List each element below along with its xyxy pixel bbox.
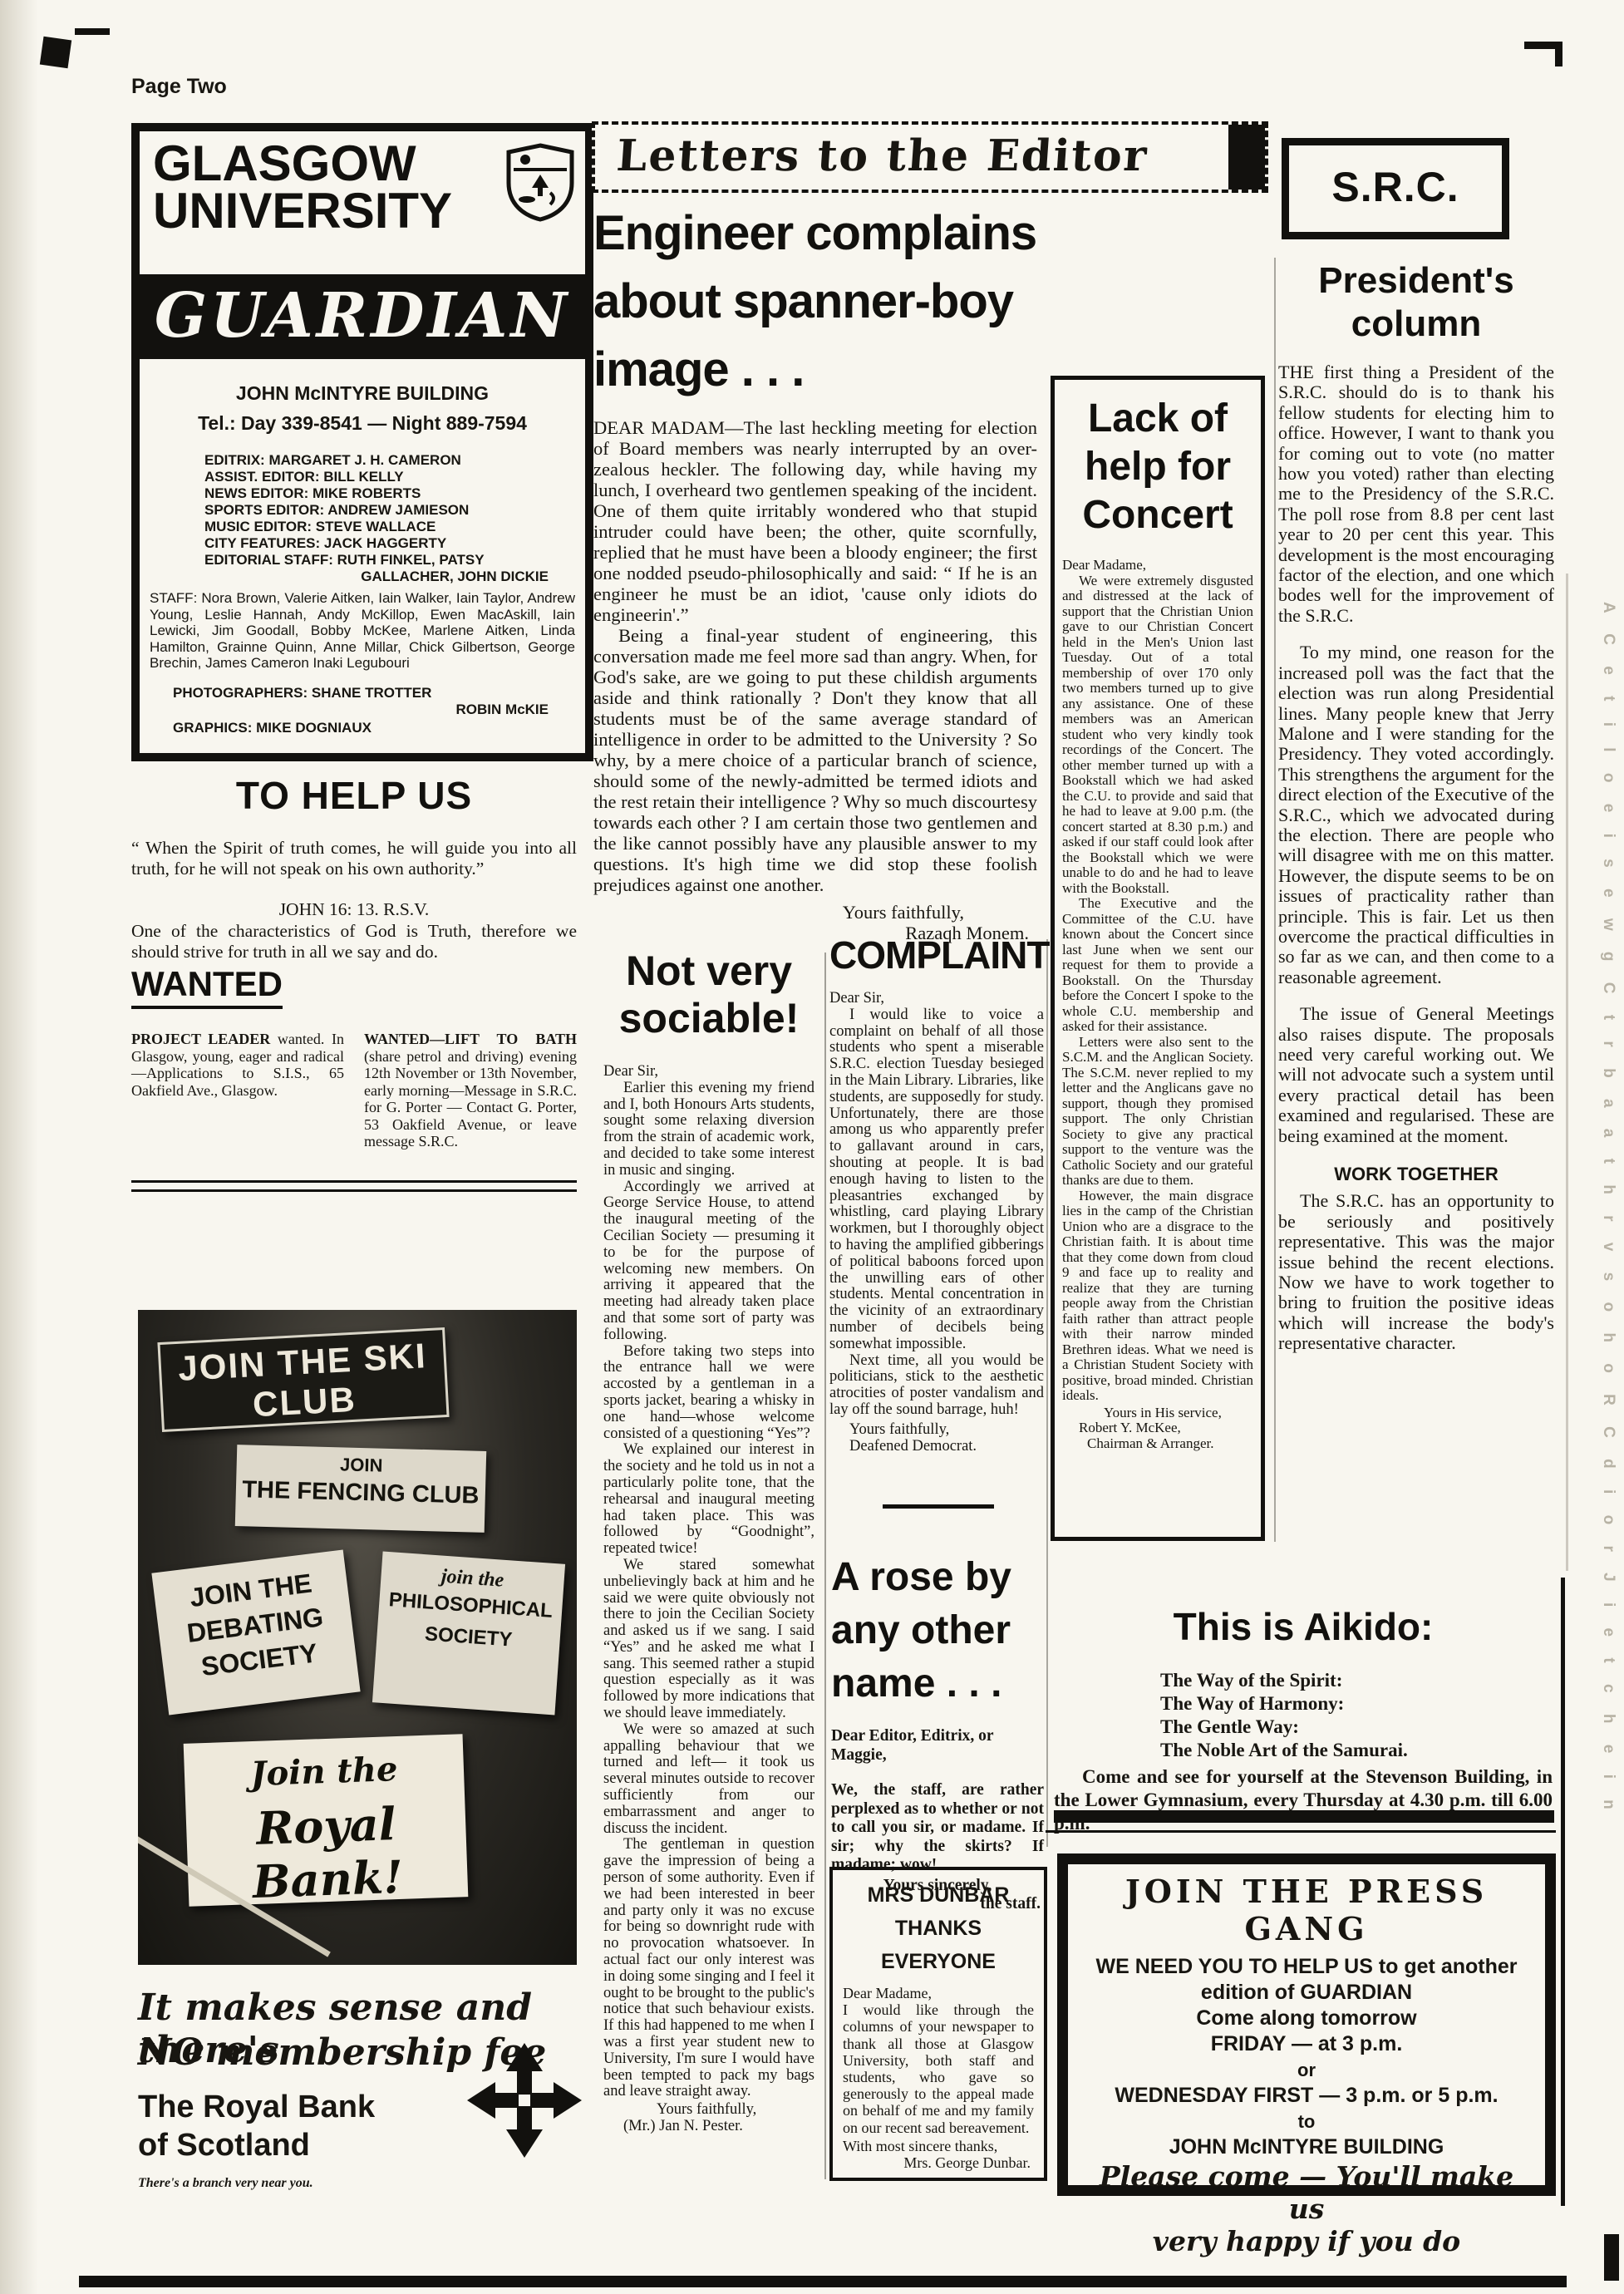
rose-title: A rose by any other name . . .	[831, 1551, 1044, 1711]
thin-divider	[1046, 1830, 1556, 1833]
university-crest-icon	[504, 141, 577, 227]
presidents-column: President's column THE first thing a Pre…	[1278, 259, 1554, 1354]
letter-paragraph: DEAR MADAM—The last heckling meeting for…	[593, 417, 1037, 625]
aikido-line: The Gentle Way:	[1160, 1716, 1553, 1739]
letter-salutation: Dear Madame,	[843, 1985, 1034, 2001]
dunbar-thanks-box: MRS DUNBAR THANKS EVERYONE Dear Madame, …	[829, 1867, 1047, 2181]
masthead-title-line1: GLASGOW	[153, 140, 452, 187]
letter-paragraph: I would like through the columns of your…	[843, 2001, 1034, 2136]
letter-paragraph: Being a final-year student of engineerin…	[593, 625, 1037, 895]
letter-salutation: Dear Sir,	[829, 991, 1044, 1007]
letter-signature: Deafened Democrat.	[829, 1439, 1044, 1455]
engineer-letter-body: DEAR MADAM—The last heckling meeting for…	[593, 417, 1037, 943]
dunbar-title: MRS DUNBAR THANKS EVERYONE	[843, 1878, 1034, 1978]
masthead-photographers: PHOTOGRAPHERS: SHANE TROTTER	[173, 685, 431, 701]
bank-branch-note: There's a branch very near you.	[138, 2176, 313, 2191]
letter-paragraph: We explained our interest in the society…	[603, 1442, 814, 1558]
column-subhead: WORK TOGETHER	[1278, 1164, 1554, 1184]
complaint-letter: COMPLAINT Dear Sir, I would like to voic…	[829, 933, 1044, 1455]
fencing-club-sign: JOIN THE FENCING CLUB	[235, 1445, 486, 1533]
title-line: President's	[1278, 259, 1554, 303]
role-line: SPORTS EDITOR: ANDREW JAMIESON	[204, 502, 577, 519]
aikido-line: The Way of Harmony:	[1160, 1692, 1553, 1716]
aikido-title: This is Aikido:	[1054, 1604, 1553, 1649]
letter-signoff: Yours faithfully,	[593, 902, 1037, 923]
letter-salutation: Dear Madame,	[1062, 558, 1253, 573]
dunbar-body: Dear Madame, I would like through the co…	[843, 1985, 1034, 2171]
press-gang-line: JOHN McINTYRE BUILDING	[1078, 2134, 1535, 2160]
letter-signoff: Yours faithfully,	[829, 1422, 1044, 1439]
letter-salutation: Dear Editor, Editrix, or Maggie,	[831, 1727, 1044, 1765]
aikido-line: The Noble Art of the Samurai.	[1160, 1739, 1553, 1762]
scan-artifact	[1604, 2234, 1619, 2281]
letter-salutation: Dear Sir,	[603, 1064, 814, 1081]
guardian-banner: GUARDIAN	[131, 274, 593, 359]
letter-paragraph: I would like to voice a complaint on beh…	[829, 1007, 1044, 1353]
letter-paragraph: The Executive and the Committee of the C…	[1062, 896, 1253, 1035]
press-gang-line: edition of GUARDIAN	[1078, 1980, 1535, 2006]
scan-artifact	[1566, 573, 1568, 1571]
press-gang-line: Come along tomorrow	[1078, 2006, 1535, 2031]
to-help-us-title: TO HELP US	[131, 773, 577, 818]
press-gang-title: JOIN THE PRESS GANG	[1078, 1873, 1535, 1947]
bank-name: The Royal Bank	[138, 2090, 375, 2125]
title-line: Lack of	[1062, 395, 1253, 443]
classified-ad: WANTED—LIFT TO BATH (share petrol and dr…	[364, 1031, 577, 1150]
aikido-lines: The Way of the Spirit: The Way of Harmon…	[1054, 1669, 1553, 1762]
role-line: EDITORIAL STAFF: RUTH FINKEL, PATSY	[204, 552, 577, 569]
press-gang-plea: Please come — You'll make us	[1078, 2160, 1535, 2225]
headline-line: about spanner-boy	[593, 268, 1049, 336]
debating-society-sign: JOIN THE DEBATING SOCIETY	[151, 1550, 360, 1716]
complaint-body: Dear Sir, I would like to voice a compla…	[829, 991, 1044, 1455]
sociable-title: Not very sociable!	[603, 948, 814, 1042]
scan-artifact	[79, 2276, 1567, 2287]
masthead-roles: EDITRIX: MARGARET J. H. CAMERON ASSIST. …	[204, 452, 577, 585]
letters-to-editor-banner: Letters to the Editor	[592, 121, 1268, 193]
newspaper-page: A C e t i l o e i s e w g C t r b a a t …	[0, 0, 1624, 2294]
title-line: any other	[831, 1604, 1044, 1657]
headline-line: image . . .	[593, 336, 1049, 404]
title-line: A rose by	[831, 1551, 1044, 1604]
letter-paragraph: Next time, all you would be politicians,…	[829, 1353, 1044, 1419]
letter-paragraph: Earlier this evening my friend and I, bo…	[603, 1081, 814, 1179]
sociable-body: Dear Sir, Earlier this evening my friend…	[603, 1064, 814, 2135]
section-divider	[131, 1180, 577, 1192]
scan-artifact	[75, 28, 110, 35]
fencing-sign-top: JOIN	[236, 1451, 486, 1479]
title-line: sociable!	[603, 995, 814, 1042]
title-line: MRS DUNBAR	[843, 1878, 1034, 1912]
letter-paragraph: We were so amazed at such appalling beha…	[603, 1722, 814, 1838]
letter-signoff: Yours faithfully,	[603, 2102, 814, 2119]
press-gang-line: to	[1078, 2109, 1535, 2134]
press-gang-line: or	[1078, 2057, 1535, 2083]
page-bleed-through-text: A C e t i l o e i s e w g C t r b a a t …	[1599, 602, 1617, 2181]
role-line: EDITRIX: MARGARET J. H. CAMERON	[204, 452, 577, 469]
masthead-title: GLASGOW UNIVERSITY	[153, 140, 452, 234]
guardian-banner-text: GUARDIAN	[155, 280, 570, 352]
letter-signature: Robert Y. McKee,	[1062, 1420, 1253, 1436]
letter-signature: (Mr.) Jan N. Pester.	[603, 2119, 814, 2135]
masthead-box: GLASGOW UNIVERSITY GUARDIAN JOHN McINTYR…	[131, 123, 593, 761]
clubs-advert-photo: JOIN THE SKI CLUB JOIN THE FENCING CLUB …	[138, 1310, 577, 1965]
aikido-line: The Way of the Spirit:	[1160, 1669, 1553, 1692]
classified-text: (share petrol and driving) evening 12th …	[364, 1048, 577, 1150]
complaint-title: COMPLAINT	[829, 933, 1044, 977]
aikido-notice: This is Aikido: The Way of the Spirit: T…	[1054, 1604, 1553, 1835]
salutation-line: Dear Editor, Editrix, or	[831, 1727, 1044, 1746]
thick-divider	[1054, 1810, 1554, 1823]
column-paragraph: To my mind, one reason for the increased…	[1278, 642, 1554, 987]
src-box: S.R.C.	[1282, 138, 1509, 239]
aikido-body: Come and see for yourself at the Stevens…	[1054, 1765, 1553, 1835]
banner-black-block	[1228, 125, 1265, 190]
letter-signoff: Yours in His service,	[1062, 1405, 1253, 1421]
classified-lead: PROJECT LEADER	[131, 1031, 270, 1047]
column-paragraph: The issue of General Meetings also raise…	[1278, 1004, 1554, 1146]
page-edge-shading	[0, 0, 38, 2294]
salutation-line: Maggie,	[831, 1746, 1044, 1765]
role-line: NEWS EDITOR: MIKE ROBERTS	[204, 485, 577, 502]
to-help-us-quote: “ When the Spirit of truth comes, he wil…	[131, 838, 577, 879]
rose-letter: A rose by any other name . . . Dear Edit…	[831, 1551, 1044, 1913]
letter-paragraph: Letters were also sent to the S.C.M. and…	[1062, 1035, 1253, 1189]
letter-signature-role: Chairman & Arranger.	[1062, 1436, 1253, 1452]
column-paragraph: The S.R.C. has an opportunity to be seri…	[1278, 1191, 1554, 1353]
role-line: MUSIC EDITOR: STEVE WALLACE	[204, 519, 577, 535]
masthead-building: JOHN McINTYRE BUILDING	[140, 382, 585, 405]
scan-artifact	[1561, 1578, 1565, 2206]
role-line: ASSIST. EDITOR: BILL KELLY	[204, 469, 577, 485]
masthead-graphics: GRAPHICS: MIKE DOGNIAUX	[173, 720, 372, 736]
masthead-telephone: Tel.: Day 339-8541 — Night 889-7594	[140, 412, 585, 435]
press-gang-plea: very happy if you do	[1078, 2225, 1535, 2257]
column-rule	[824, 953, 826, 2179]
press-gang-line: WE NEED YOU TO HELP US to get another	[1078, 1954, 1535, 1980]
letter-paragraph: We stared somewhat unbelievingly back at…	[603, 1558, 814, 1722]
royal-bank-sign: Join the Royal Bank!	[184, 1734, 469, 1907]
wanted-title: WANTED	[131, 964, 283, 1009]
title-line: EVERYONE	[843, 1945, 1034, 1978]
src-title: S.R.C.	[1289, 145, 1502, 229]
concert-body: Dear Madame, We were extremely disgusted…	[1062, 558, 1253, 1451]
column-rule	[1046, 939, 1048, 1847]
title-line: help for	[1062, 443, 1253, 491]
to-help-us-reference: JOHN 16: 13. R.S.V.	[131, 899, 577, 920]
press-gang-line: FRIDAY — at 3 p.m.	[1078, 2031, 1535, 2057]
letter-signoff: With most sincere thanks,	[843, 2138, 1034, 2154]
bank-name: of Scotland	[138, 2128, 310, 2164]
royal-bank-logo-icon	[462, 2038, 587, 2167]
press-gang-line: WEDNESDAY FIRST — 3 p.m. or 5 p.m.	[1078, 2083, 1535, 2109]
sociable-letter: Not very sociable! Dear Sir, Earlier thi…	[603, 948, 814, 2135]
concert-letter-box: Lack of help for Concert Dear Madame, We…	[1051, 376, 1265, 1541]
letter-paragraph: The gentleman in question gave the impre…	[603, 1837, 814, 2100]
wanted-classifieds: PROJECT LEADER wanted. In Glasgow, young…	[131, 1031, 577, 1150]
letter-paragraph: Before taking two steps into the entranc…	[603, 1344, 814, 1443]
classified-ad: PROJECT LEADER wanted. In Glasgow, young…	[131, 1031, 344, 1150]
scan-artifact	[1555, 42, 1562, 66]
column-divider	[883, 1504, 994, 1509]
press-gang-box: JOIN THE PRESS GANG WE NEED YOU TO HELP …	[1057, 1853, 1556, 2196]
concert-title: Lack of help for Concert	[1062, 395, 1253, 539]
title-line: column	[1278, 303, 1554, 346]
bank-sign-line: Join the	[184, 1747, 464, 1796]
fencing-sign-main: THE FENCING CLUB	[235, 1476, 485, 1510]
ski-club-sign: JOIN THE SKI CLUB	[157, 1327, 449, 1432]
philosophical-society-sign: join the PHILOSOPHICAL SOCIETY	[372, 1552, 565, 1716]
masthead-staff-list: STAFF: Nora Brown, Valerie Aitken, Iain …	[150, 590, 575, 672]
title-line: THANKS	[843, 1912, 1034, 1945]
rose-body: We, the staff, are rather perplexed as t…	[831, 1781, 1044, 1875]
role-line: GALLACHER, JOHN DICKIE	[204, 569, 577, 585]
page-number-label: Page Two	[131, 75, 227, 99]
engineer-headline: Engineer complains about spanner-boy ima…	[593, 199, 1049, 404]
presidents-column-title: President's column	[1278, 259, 1554, 346]
role-line: CITY FEATURES: JACK HAGGERTY	[204, 535, 577, 552]
classified-lead: WANTED—LIFT TO BATH	[364, 1031, 577, 1047]
column-paragraph: THE first thing a President of the S.R.C…	[1278, 362, 1554, 626]
column-rule	[1274, 258, 1276, 1542]
letters-banner-text: Letters to the Editor	[614, 126, 1149, 186]
to-help-us-line: One of the characteristics of God is Tru…	[131, 921, 577, 962]
title-line: Not very	[603, 948, 814, 995]
letter-paragraph: We were extremely disgusted and distress…	[1062, 573, 1253, 897]
presidents-column-body: THE first thing a President of the S.R.C…	[1278, 362, 1554, 1354]
letter-paragraph: Accordingly we arrived at George Service…	[603, 1179, 814, 1344]
scan-artifact	[40, 37, 71, 68]
title-line: Concert	[1062, 491, 1253, 539]
masthead-photographers-2: ROBIN McKIE	[456, 701, 549, 718]
letter-signature: Mrs. George Dunbar.	[843, 2154, 1034, 2171]
letter-paragraph: However, the main disgrace lies in the c…	[1062, 1189, 1253, 1404]
headline-line: Engineer complains	[593, 199, 1049, 268]
title-line: name . . .	[831, 1657, 1044, 1711]
masthead-title-line2: UNIVERSITY	[153, 187, 452, 234]
